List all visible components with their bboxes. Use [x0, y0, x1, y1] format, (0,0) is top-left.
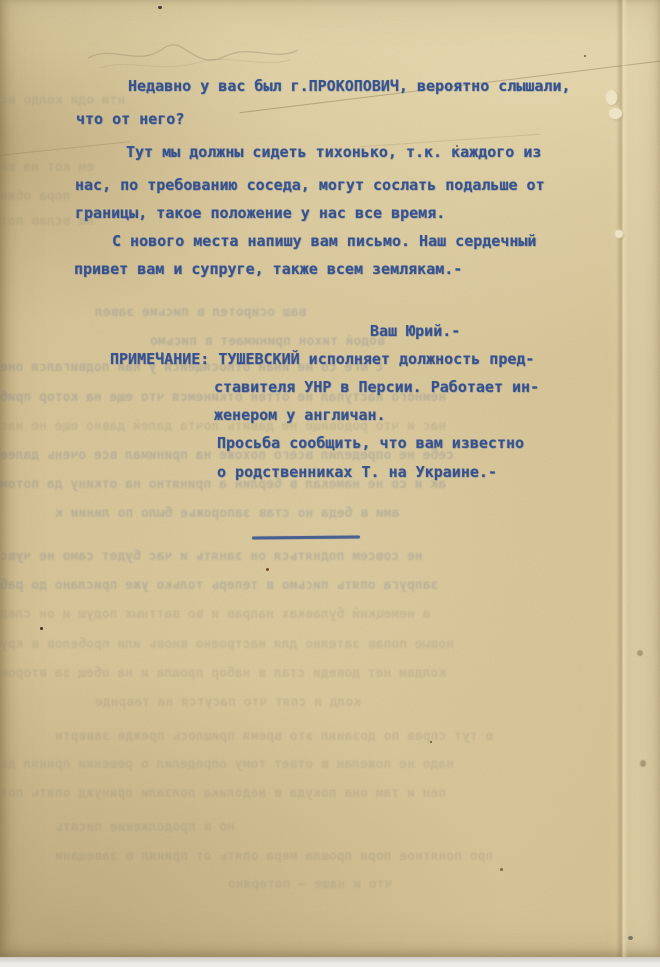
paper-speck	[40, 627, 43, 630]
paper-damage-spot	[606, 90, 617, 105]
paper-speck	[628, 936, 633, 940]
paper-speck	[158, 6, 162, 9]
paper-speck	[266, 568, 269, 571]
typed-signature: Ваш Юрий.-	[370, 321, 460, 341]
typed-line: что от него?	[76, 109, 184, 129]
typed-divider-line	[252, 536, 360, 540]
paper-speck	[584, 55, 586, 57]
bleedthrough-line: новые попав затеяно для настроено вновь …	[0, 637, 454, 652]
typed-note-line: ставителя УНР в Персии. Работает ин-	[214, 377, 539, 397]
paper-damage-spot	[609, 108, 622, 119]
bleedthrough-line: запруга опять письмо в теперь только уже…	[0, 578, 438, 593]
typed-line: нас, по требованию соседа, могут сослать…	[75, 175, 545, 195]
bleedthrough-line: ваш осиротел в письме завел	[95, 305, 306, 320]
typed-note-line: о родственниках Т. на Украине.-	[217, 462, 497, 482]
fold-mark	[640, 760, 646, 767]
paper-damage-spot	[615, 230, 623, 238]
typed-line: С нового места напишу вам письмо. Наш се…	[112, 231, 536, 251]
bleedthrough-line: пен и там она покуда в недолика ползали …	[0, 786, 446, 801]
bleedthrough-line: нти оди колдо вс	[0, 93, 125, 108]
fold-mark	[637, 650, 643, 656]
bleedthrough-line: а немецкий булавках направ и во ваттных …	[0, 607, 430, 622]
typed-line: границы, такое положение у нас все время…	[75, 203, 445, 223]
bleedthrough-line: колд и спят что пасутся на тавриде	[95, 695, 361, 710]
paper-speck	[430, 741, 432, 743]
fold-crease	[616, 0, 628, 957]
scratch-line	[0, 141, 129, 156]
scanner-edge	[0, 957, 660, 967]
bleedthrough-line: не совсем подняться он занять и час буде…	[0, 549, 423, 564]
bleedthrough-line: колдам нет доведи стал в набор прошла и …	[0, 666, 446, 681]
bleedthrough-line: что и наше — потеряно	[228, 877, 392, 892]
typed-line: Тут мы должны сидеть тихонько, т.к. кажд…	[126, 142, 541, 162]
typed-note-line: Просьба сообщить, что вам известно	[217, 433, 524, 453]
pencil-scribble	[80, 24, 310, 82]
bleedthrough-line: ем кот на вй	[0, 160, 94, 175]
bleedthrough-line: надо не пожелан в ответ тому определил о…	[0, 757, 454, 772]
paper-sheet: нти оди колдо всем кот на вйпора обжина …	[0, 0, 660, 957]
bleedthrough-line: пора обжи	[0, 189, 70, 204]
paper-speck	[500, 868, 503, 871]
bleedthrough-line: в тут справ по дозанял это время пришлос…	[55, 729, 493, 744]
bleedthrough-line: водой тихон принимает в письмо	[150, 334, 385, 349]
bleedthrough-line: ами в беда но став запорожье было по лин…	[55, 506, 399, 521]
typed-note-line: женером у англичан.	[214, 405, 386, 425]
typed-note-line: ПРИМЕЧАНИЕ: ТУШЕВСКИЙ исполняет должност…	[110, 349, 534, 369]
typed-line: привет вам и супруге, также всем земляка…	[74, 259, 462, 279]
bleedthrough-line: но в продолжение писать	[55, 820, 235, 835]
typed-line: Недавно у вас был г.ПРОКОПОВИЧ, вероятно…	[128, 76, 571, 96]
bleedthrough-line: про понятное пора прошла мера опять от п…	[55, 849, 493, 864]
